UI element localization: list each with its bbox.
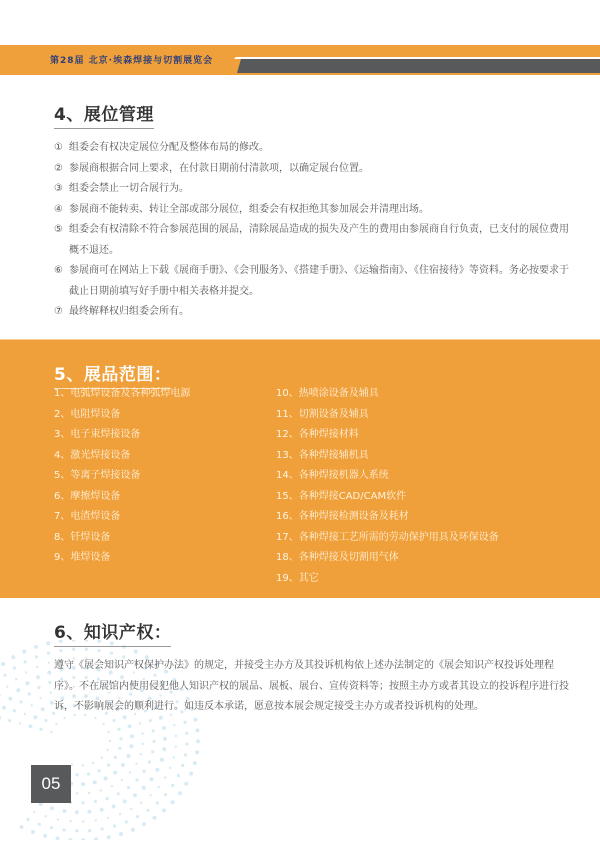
exhibit-item: 4、激光焊接设备 (54, 446, 190, 467)
rule-text: 组委会禁止一切合展行为。 (69, 179, 574, 200)
rule-number: ⑥ (54, 261, 69, 302)
exhibit-list-left: 1、电弧焊设备及各种弧焊电源2、电阻焊设备3、电子束焊接设备4、激光焊接设备5、… (54, 384, 190, 569)
rule-item: ⑤组委会有权清除不符合参展范围的展品，清除展品造成的损失及产生的费用由参展商自行… (54, 220, 574, 261)
header-gray-bar (237, 59, 600, 73)
exhibit-item: 19、其它 (276, 569, 499, 590)
rule-text: 参展商可在网站上下载《展商手册》、《会刊服务》、《搭建手册》、《运输指南》、《住… (69, 261, 574, 302)
header-divider-line (234, 57, 600, 59)
exhibit-item: 11、切割设备及辅具 (276, 405, 499, 426)
rule-text: 组委会有权决定展位分配及整体布局的修改。 (69, 138, 574, 159)
exhibit-item: 17、各种焊接工艺所需的劳动保护用具及环保设备 (276, 528, 499, 549)
exhibit-item: 9、堆焊设备 (54, 548, 190, 569)
rule-text: 最终解释权归组委会所有。 (69, 302, 574, 323)
section-4-heading: 4、展位管理 (54, 100, 154, 129)
rule-number: ③ (54, 179, 69, 200)
header-title: 第28届 北京·埃森焊接与切割展览会 (50, 53, 213, 66)
exhibit-item: 1、电弧焊设备及各种弧焊电源 (54, 384, 190, 405)
exhibit-list-right: 10、热喷涂设备及辅具11、切割设备及辅具12、各种焊接材料13、各种焊接辅机具… (276, 384, 499, 589)
rule-number: ① (54, 138, 69, 159)
exhibit-item: 2、电阻焊设备 (54, 405, 190, 426)
rule-item: ①组委会有权决定展位分配及整体布局的修改。 (54, 138, 574, 159)
exhibit-item: 14、各种焊接机器人系统 (276, 466, 499, 487)
exhibit-item: 13、各种焊接辅机具 (276, 446, 499, 467)
rule-item: ③组委会禁止一切合展行为。 (54, 179, 574, 200)
header-band: 第28届 北京·埃森焊接与切割展览会 (0, 45, 600, 75)
exhibit-item: 3、电子束焊接设备 (54, 425, 190, 446)
ip-paragraph: 遵守《展会知识产权保护办法》的规定，并接受主办方及其投诉机构依上述办法制定的《展… (54, 656, 574, 718)
rule-item: ②参展商根据合同上要求，在付款日期前付清款项，以确定展台位置。 (54, 159, 574, 180)
booth-rules-list: ①组委会有权决定展位分配及整体布局的修改。②参展商根据合同上要求，在付款日期前付… (54, 138, 574, 323)
rule-text: 组委会有权清除不符合参展范围的展品，清除展品造成的损失及产生的费用由参展商自行负… (69, 220, 574, 261)
rule-text: 参展商根据合同上要求，在付款日期前付清款项，以确定展台位置。 (69, 159, 574, 180)
section-6-heading: 6、知识产权： (54, 618, 171, 647)
rule-number: ⑦ (54, 302, 69, 323)
exhibit-item: 6、摩擦焊设备 (54, 487, 190, 508)
exhibit-item: 12、各种焊接材料 (276, 425, 499, 446)
exhibit-item: 16、各种焊接检测设备及耗材 (276, 507, 499, 528)
rule-number: ② (54, 159, 69, 180)
exhibit-item: 8、钎焊设备 (54, 528, 190, 549)
page-number: 05 (31, 765, 71, 803)
exhibit-item: 10、热喷涂设备及辅具 (276, 384, 499, 405)
exhibit-item: 7、电渣焊设备 (54, 507, 190, 528)
rule-item: ④参展商不能转卖、转让全部或部分展位，组委会有权拒绝其参加展会并清理出场。 (54, 200, 574, 221)
exhibit-item: 5、等离子焊接设备 (54, 466, 190, 487)
rule-item: ⑥参展商可在网站上下载《展商手册》、《会刊服务》、《搭建手册》、《运输指南》、《… (54, 261, 574, 302)
rule-text: 参展商不能转卖、转让全部或部分展位，组委会有权拒绝其参加展会并清理出场。 (69, 200, 574, 221)
exhibit-item: 18、各种焊接及切割用气体 (276, 548, 499, 569)
rule-number: ④ (54, 200, 69, 221)
rule-item: ⑦最终解释权归组委会所有。 (54, 302, 574, 323)
rule-number: ⑤ (54, 220, 69, 261)
exhibit-item: 15、各种焊接CAD/CAM软件 (276, 487, 499, 508)
